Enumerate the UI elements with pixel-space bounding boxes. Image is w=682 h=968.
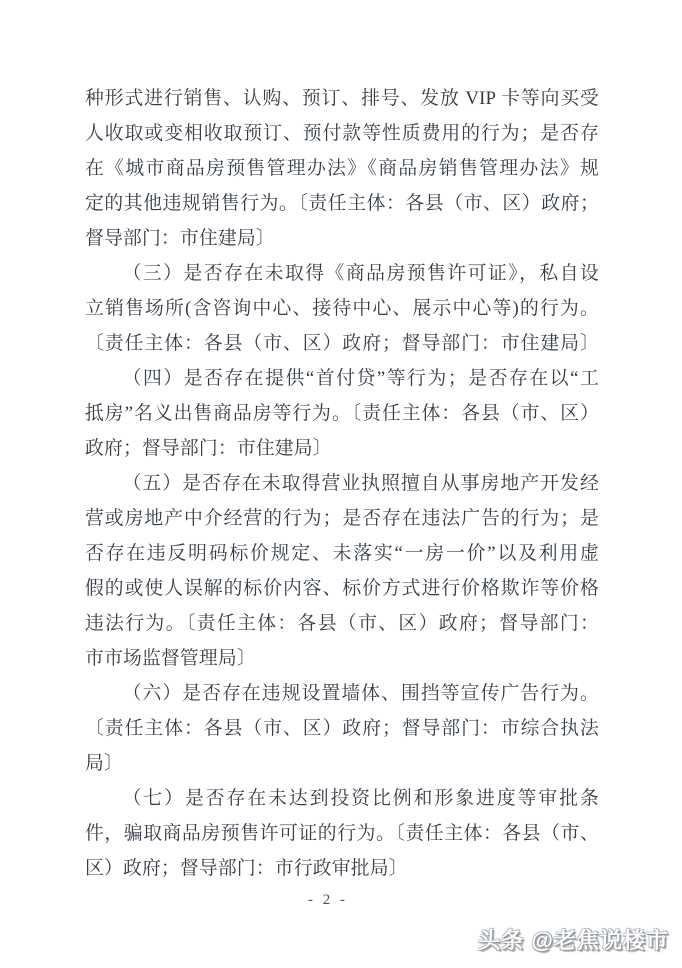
doc-line: 假的或使人误解的标价内容、标价方式进行价格欺诈等价格: [85, 571, 599, 606]
doc-line: 在《城市商品房预售管理办法》《商品房销售管理办法》规: [85, 151, 599, 186]
doc-line: （三）是否存在未取得《商品房预售许可证》，私自设: [85, 256, 599, 291]
doc-line: 违法行为。〔责任主体：各县（市、区）政府；督导部门：: [85, 606, 599, 641]
toutiao-watermark: 头条 @老焦说楼市: [478, 927, 669, 955]
page-number: - 2 -: [308, 890, 348, 910]
doc-line: 市市场监督管理局〕: [85, 641, 599, 676]
doc-line: 〔责任主体：各县（市、区）政府；督导部门：市住建局〕: [85, 326, 599, 361]
doc-line: 立销售场所(含咨询中心、接待中心、展示中心等)的行为。: [85, 291, 599, 326]
doc-line: 督导部门：市住建局〕: [85, 221, 599, 256]
doc-line: （四）是否存在提供“首付贷”等行为；是否存在以“工: [85, 361, 599, 396]
doc-line: 人收取或变相收取预订、预付款等性质费用的行为；是否存: [85, 116, 599, 151]
document-text: 种形式进行销售、认购、预订、排号、发放 VIP 卡等向买受 人收取或变相收取预订…: [85, 81, 599, 886]
doc-line: 政府；督导部门：市住建局〕: [85, 431, 599, 466]
doc-line: （五）是否存在未取得营业执照擅自从事房地产开发经: [85, 466, 599, 501]
doc-line: 营或房地产中介经营的行为；是否存在违法广告的行为；是: [85, 501, 599, 536]
doc-line: 否存在违反明码标价规定、未落实“一房一价”以及利用虚: [85, 536, 599, 571]
doc-line: 区）政府；督导部门：市行政审批局〕: [85, 851, 599, 886]
doc-line: 局〕: [85, 746, 599, 781]
doc-line: 件，骗取商品房预售许可证的行为。〔责任主体：各县（市、: [85, 816, 599, 851]
doc-line: 种形式进行销售、认购、预订、排号、发放 VIP 卡等向买受: [85, 81, 599, 116]
doc-line: 〔责任主体：各县（市、区）政府；督导部门：市综合执法: [85, 711, 599, 746]
doc-line: （六）是否存在违规设置墙体、围挡等宣传广告行为。: [85, 676, 599, 711]
doc-line: 定的其他违规销售行为。〔责任主体：各县（市、区）政府；: [85, 186, 599, 221]
doc-line: （七）是否存在未达到投资比例和形象进度等审批条: [85, 781, 599, 816]
doc-line: 抵房”名义出售商品房等行为。〔责任主体：各县（市、区）: [85, 396, 599, 431]
